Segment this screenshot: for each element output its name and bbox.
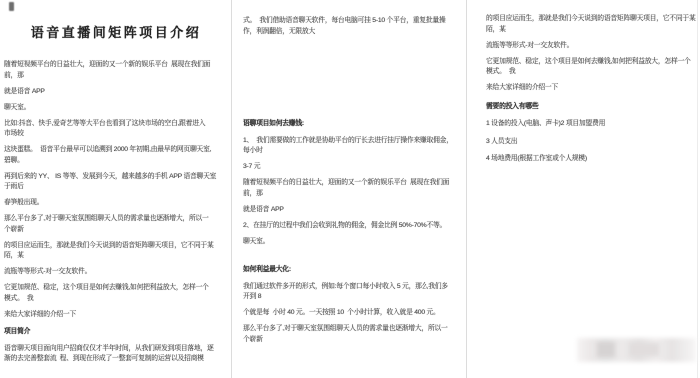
document-page: 语音直播间矩阵项目介绍 随着短视频平台的日益壮大，迎面的又一个新的娱乐平台 展现… — [0, 0, 700, 378]
watermark-block — [597, 342, 615, 357]
paragraph: 聊天室。 — [4, 103, 228, 114]
document-column-1: 语音直播间矩阵项目介绍 随着短视频平台的日益壮大，迎面的又一个新的娱乐平台 展现… — [0, 0, 231, 378]
paragraph: 3 人员支出 — [486, 137, 694, 148]
paragraph: 流瓶等等形式-对一交友软件。 — [486, 41, 694, 52]
paragraph: 随着短视频平台的日益壮大，迎面的又一个新的娱乐平台 展现在我们面 前，那 — [4, 60, 228, 81]
paragraph: 来给大家详细的介绍一下 — [4, 310, 228, 321]
paragraph: 它更加规范、稳定，这个项目是如何去赚钱,如何把利益放大，怎样一个 模式。 我 — [4, 283, 228, 304]
paragraph: 式。 我们借助语音聊天软件，每台电脑可挂 5-10 个平台，重复批量操 作，利润… — [243, 16, 464, 37]
paragraph: 我们通过软件多开的形式，例如:每个窗口每小时收入 5 元，那么我们多 开到 8 — [243, 282, 464, 303]
paragraph: 随着短视频平台的日益壮大，迎面的又一个新的娱乐平台 展现在我们面 前，那 — [243, 178, 464, 199]
paragraph: 这块蛋糕。 语音平台最早可以追溯到 2000 年初期,由最早的网页聊天室, 碧聊… — [4, 145, 228, 166]
paragraph: 3-7 元 — [243, 162, 464, 173]
paragraph: 1 设备的投入(电脑、声卡)2 项目加盟费用 — [486, 119, 694, 130]
paragraph: 1、 我们需要做的工作就是协助平台的厅长去进行挂厅操作来赚取佣金， 每小时 — [243, 136, 464, 157]
section-heading-required-investment: 需要的投入有哪些 — [486, 102, 694, 113]
paragraph: 就是语音 APP — [4, 87, 228, 98]
paragraph: 的项目应运而生，那就是我们今天说到的语音矩阵聊天项目，它不同于某 陌，某 — [4, 241, 228, 262]
paragraph: 流瓶等等形式-对一交友软件。 — [4, 267, 228, 278]
paragraph: 就是语音 APP — [243, 205, 464, 216]
paragraph: 聊天室。 — [243, 237, 464, 248]
paragraph: 4 场地费用(根据工作室或个人规模) — [486, 154, 694, 165]
paragraph: 的项目应运而生，那就是我们今天说到的语音矩阵聊天项目，它不同于某 陌，某 — [486, 14, 694, 35]
document-column-3: 的项目应运而生，那就是我们今天说到的语音矩阵聊天项目，它不同于某 陌，某 流瓶等… — [467, 0, 697, 378]
page-edge-line — [697, 0, 698, 378]
paragraph: 那么平台多了,对于聊天室氛围组聊天人员的需求量也逐渐增大，所以一 个崭新 — [243, 324, 464, 345]
paragraph: 2、在挂厅的过程中我们会收到礼物的佣金，佣金比例 50%-70%不等。 — [243, 221, 464, 232]
paragraph: 语音聊天项目面向用户招商仅仅才半年时间，从我们研发到项目落地，逐 渐的去完善整套… — [4, 344, 228, 365]
blurred-watermark — [577, 338, 696, 362]
section-heading-project-intro: 项目简介 — [4, 327, 228, 338]
watermark-block — [629, 343, 659, 356]
paragraph: 春笋般出现。 — [4, 198, 228, 209]
section-heading-how-to-earn: 语聊项目如何去赚钱: — [243, 119, 464, 130]
page-title: 语音直播间矩阵项目介绍 — [4, 22, 228, 41]
document-column-2: 式。 我们借助语音聊天软件，每台电脑可挂 5-10 个平台，重复批量操 作，利润… — [232, 0, 466, 378]
paragraph: 再到后来的 YY、 IS 等等、发展到今天，越来越多的手机 APP 语音聊天室 … — [4, 172, 228, 193]
paragraph: 它更加规范、稳定，这个项目是如何去赚钱,如何把利益放大，怎样一个 模式。 我 — [486, 57, 694, 78]
paragraph: 比如:抖音、快手,爱奇艺等等大平台也看到了这块市场的空白,跟着进入 市场较 — [4, 119, 228, 140]
paragraph: 那么平台多了,对于聊天室氛围组聊天人员的需求量也逐渐增大，所以一 个崭新 — [4, 214, 228, 235]
section-heading-maximize-profit: 如何利益最大化: — [243, 265, 464, 276]
paragraph: 个就是每 小时 40 元。一天按照 10 个小时计算，收入就是 400 元。 — [243, 308, 464, 319]
paragraph: 来给大家详细的介绍一下 — [486, 83, 694, 94]
